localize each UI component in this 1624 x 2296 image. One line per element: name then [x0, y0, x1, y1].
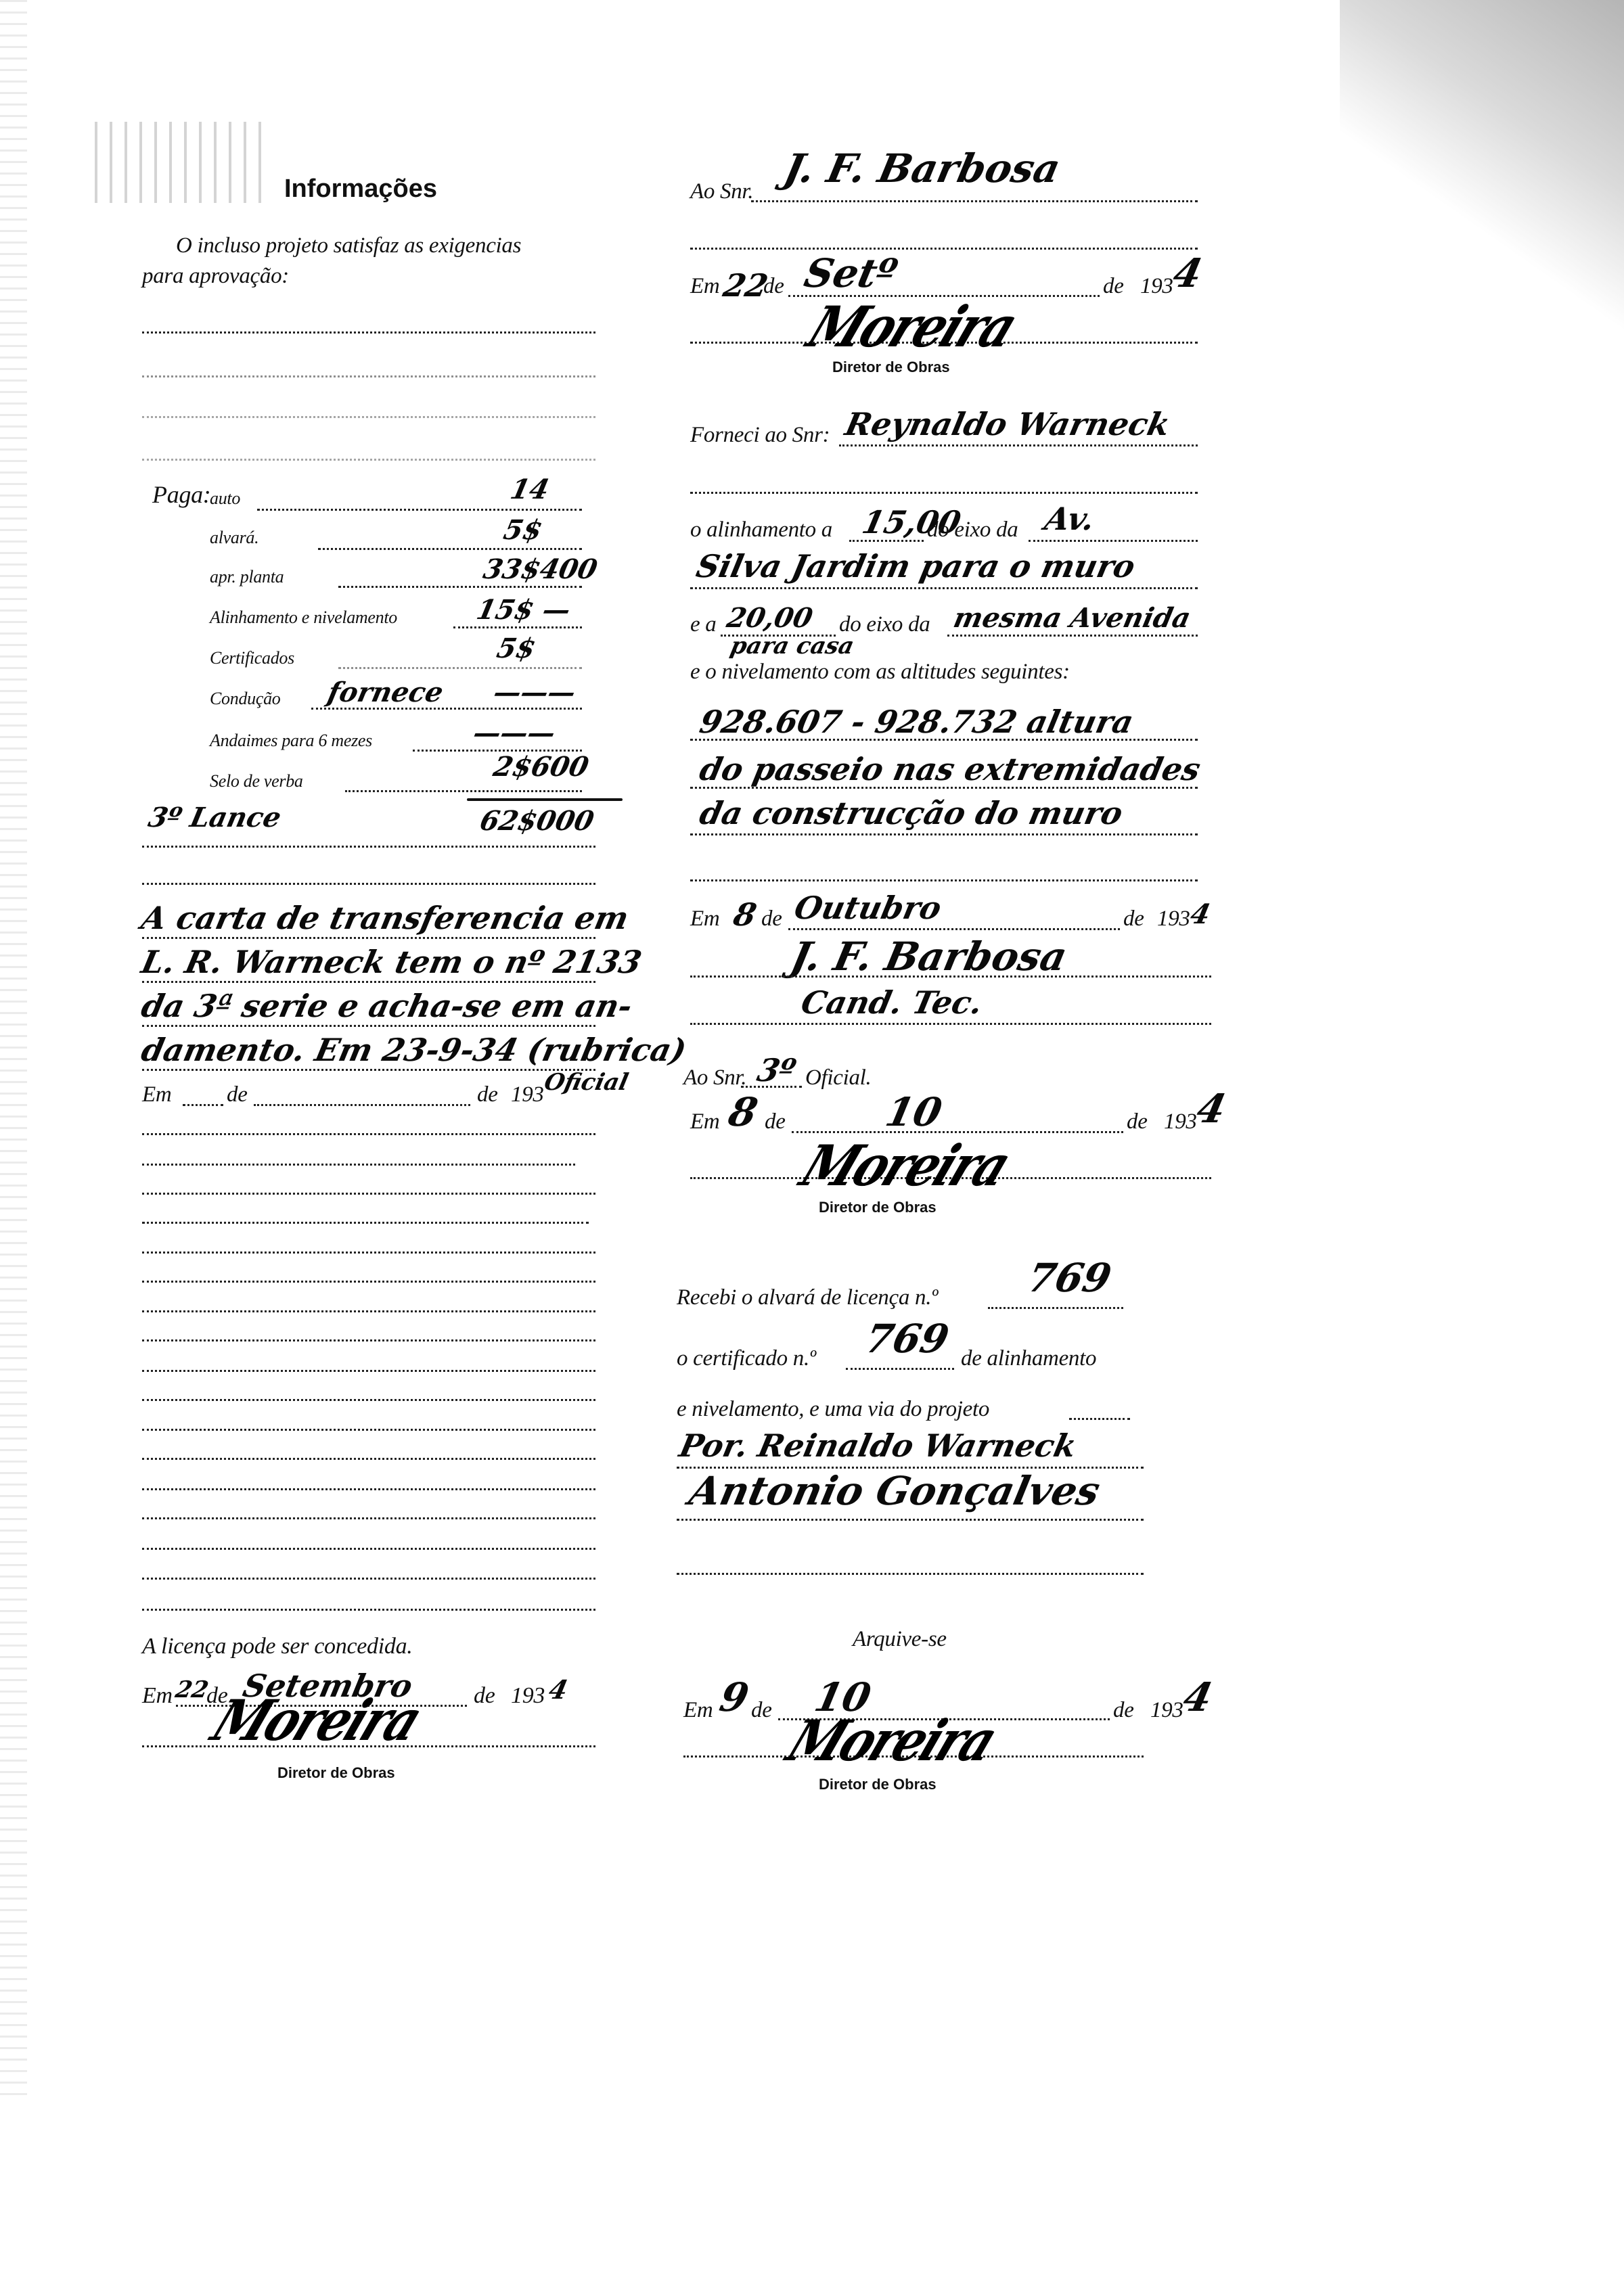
name-rule: [839, 444, 1198, 446]
street-rule: [1029, 540, 1198, 542]
blank-rule: [142, 1164, 575, 1166]
blank-rule: [142, 1252, 595, 1254]
year-digit: 4: [1188, 898, 1213, 930]
note-line-2: L. R. Warneck tem o nº 2133: [138, 944, 645, 980]
blank-rule: [142, 1339, 595, 1341]
fees-label: Paga:: [152, 480, 210, 509]
blank-rule: [142, 416, 595, 418]
fee-rule: [453, 626, 582, 628]
year-prefix: 193: [511, 1683, 545, 1709]
blank-rule: [142, 1458, 595, 1460]
blank-rule: [142, 1133, 595, 1135]
fee-rule: [338, 586, 582, 588]
fee-value: 14: [507, 474, 552, 505]
fee-label: apr. planta: [210, 567, 284, 587]
blank-rule: [142, 1193, 595, 1195]
receipt-via-text: e nivelamento, e uma via do projeto: [677, 1397, 989, 1422]
director-signature: Moreira: [798, 294, 1025, 360]
street-rule: [947, 635, 1198, 637]
fee-label: Certificados: [210, 648, 294, 668]
fee-label: Selo de verba: [210, 771, 303, 791]
em-label: Em: [683, 1698, 713, 1723]
altitude-rule: [690, 833, 1198, 835]
de-label: de: [227, 1082, 248, 1107]
fee-value: 33$400: [480, 553, 600, 585]
alvara-number: 769: [1024, 1255, 1116, 1301]
e-a-label: e a: [690, 612, 717, 637]
nivelamento-text: e o nivelamento com as altitudes seguint…: [690, 660, 1070, 685]
blank-rule: [690, 248, 1198, 250]
scanned-form-page: Informações O incluso projeto satisfaz a…: [0, 0, 1624, 2296]
ao-snr-label: Ao Snr.: [683, 1065, 746, 1090]
concession-text: A licença pode ser concedida.: [142, 1634, 412, 1659]
sum-underline: [467, 798, 623, 801]
receipt-alvara-label: Recebi o alvará de licença n.º: [677, 1285, 938, 1310]
em-label: Em: [142, 1683, 173, 1709]
street-note: para casa: [728, 633, 857, 660]
year-digit: 4: [1179, 1674, 1217, 1720]
blank-rule: [142, 1281, 595, 1283]
value-rule: [849, 540, 924, 542]
em-label: Em: [690, 1109, 719, 1134]
month-value: 10: [882, 1089, 946, 1135]
note-rule: [142, 883, 595, 885]
month-value: Setº: [800, 250, 901, 296]
signer-title: Diretor de Obras: [832, 359, 950, 376]
year-prefix: 193: [511, 1082, 544, 1107]
addressee-value: J. F. Barbosa: [780, 145, 1064, 191]
recipient-name: Reynaldo Warneck: [842, 406, 1173, 442]
fee-value: 2$600: [491, 751, 591, 783]
receipt-certificado-suffix: de alinhamento: [961, 1346, 1096, 1371]
receipt-por-line: Por. Reinaldo Warneck: [676, 1427, 1079, 1464]
fee-label: alvará.: [210, 528, 258, 548]
signer-title: Diretor de Obras: [819, 1199, 937, 1216]
overlapping-handwriting: Oficial: [542, 1069, 631, 1096]
blank-rule: [142, 1310, 595, 1312]
director-signature: Moreira: [203, 1687, 430, 1753]
intro-line-2: para aprovação:: [142, 264, 289, 289]
blank-rule: [142, 1399, 595, 1401]
fee-value: 5$: [501, 514, 545, 546]
blank-rule: [142, 1488, 595, 1490]
de-label: de: [1103, 274, 1124, 299]
date-rule: [788, 928, 1120, 930]
de-label: de: [1123, 906, 1144, 932]
fee-rule: [338, 667, 582, 669]
de-label: de: [474, 1683, 495, 1709]
blank-rule: [142, 1370, 595, 1372]
ao-snr-label: Ao Snr.: [690, 179, 753, 204]
archive-label: Arquive-se: [853, 1627, 947, 1652]
day-value: 8: [730, 896, 759, 933]
fee-rule: [257, 509, 582, 511]
note-rule: [142, 1069, 595, 1071]
year-digit: 4: [1193, 1086, 1230, 1132]
scan-corner-shadow: [1340, 0, 1624, 352]
blank-rule: [142, 331, 595, 334]
intro-line-1: O incluso projeto satisfaz as exigencias: [176, 233, 521, 258]
blank-rule: [142, 1578, 595, 1580]
fee-value: 5$: [494, 633, 539, 664]
director-signature: Moreira: [778, 1707, 1005, 1774]
blank-rule: [690, 879, 1198, 881]
blank-rule: [142, 1517, 595, 1519]
signature-rule: [690, 975, 1211, 978]
altitude-rule: [690, 787, 1198, 789]
blank-rule: [690, 492, 1198, 494]
fee-label: Alinhamento e nivelamento: [210, 607, 397, 628]
altitudes-line-3: da construcção do muro: [696, 795, 1126, 831]
blank-rule: [142, 1429, 595, 1431]
day-value: 9: [716, 1674, 753, 1720]
de-label: de: [477, 1082, 498, 1107]
altitudes-line-2: do passeio nas extremidades: [696, 751, 1204, 787]
blank-rule: [1069, 1418, 1130, 1420]
receipt-certificado-label: o certificado n.º: [677, 1346, 816, 1371]
em-label: Em: [142, 1082, 171, 1107]
fee-label: auto: [210, 488, 240, 509]
number-rule: [988, 1307, 1123, 1309]
receiver-signature: Antonio Gonçalves: [685, 1468, 1104, 1514]
year-digit: 4: [546, 1674, 570, 1705]
date-rule: [183, 1104, 223, 1106]
blank-rule: [142, 459, 595, 461]
em-label: Em: [690, 906, 719, 932]
fee-rule: [318, 548, 582, 550]
street-rule: [690, 587, 1198, 589]
blank-rule: [690, 1023, 1211, 1025]
fee-rule: [142, 846, 595, 848]
blank-rule: [142, 1222, 589, 1224]
altitude-rule: [690, 739, 1198, 741]
altitudes-line-1: 928.607 - 928.732 altura: [696, 704, 1137, 740]
fee-value: ———: [470, 717, 558, 749]
technician-signature: J. F. Barbosa: [787, 934, 1071, 980]
de-label: de: [765, 1109, 786, 1134]
total-label: 3º Lance: [145, 802, 284, 833]
blank-rule: [142, 375, 595, 377]
do-eixo-label: do eixo da: [927, 518, 1018, 543]
de-label: de: [761, 906, 782, 932]
day-value: 22: [173, 1676, 211, 1703]
year-digit: 4: [1169, 250, 1206, 296]
note-rule: [142, 981, 595, 983]
year-prefix: 193: [1150, 1698, 1183, 1723]
de-label: de: [1113, 1698, 1134, 1723]
total-value: 62$000: [477, 805, 597, 837]
certificado-number: 769: [861, 1316, 953, 1362]
fee-label: Andaimes para 6 mezes: [210, 731, 372, 751]
year-prefix: 193: [1140, 274, 1173, 299]
scan-edge-noise: [0, 0, 27, 2097]
note-line-4: damento. Em 23-9-34 (rubrica): [138, 1032, 690, 1068]
number-rule: [846, 1368, 954, 1370]
e-a-value: 20,00: [724, 602, 815, 634]
note-rule: [142, 937, 595, 939]
section-heading: Informações: [284, 175, 437, 204]
em-label: Em: [690, 274, 719, 299]
note-line-1: A carta de transferencia em: [138, 900, 632, 936]
street-prefix: Av.: [1041, 501, 1098, 537]
de-label: de: [1127, 1109, 1148, 1134]
signer-title: Diretor de Obras: [819, 1776, 937, 1793]
year-prefix: 193: [1164, 1109, 1197, 1134]
fee-value: fornece: [325, 676, 446, 708]
fee-rule: [345, 790, 582, 792]
de-label: de: [751, 1698, 772, 1723]
addressee-value: 3º: [754, 1052, 798, 1088]
street-name-2: mesma Avenida: [951, 602, 1194, 634]
note-line-3: da 3ª serie e acha-se em an-: [138, 988, 635, 1024]
fee-label: Condução: [210, 689, 280, 709]
month-value: Outubro: [791, 890, 945, 926]
date-rule: [254, 1104, 470, 1106]
day-value: 8: [725, 1089, 762, 1135]
fee-trailing-dash: ———: [491, 676, 579, 708]
signer-title: Diretor de Obras: [277, 1764, 395, 1782]
note-rule: [142, 1025, 595, 1027]
addressee-rule: [751, 200, 1198, 202]
stamp-residue: [95, 122, 271, 203]
forneci-label: Forneci ao Snr:: [690, 423, 830, 448]
addressee-suffix: Oficial.: [805, 1065, 872, 1090]
blank-rule: [142, 1609, 595, 1611]
technician-role: Cand. Tec.: [798, 984, 986, 1021]
street-name: Silva Jardim para o muro: [693, 548, 1138, 584]
blank-rule: [142, 1548, 595, 1550]
year-prefix: 193: [1157, 906, 1190, 932]
de-label: de: [763, 274, 784, 299]
fee-value: 15$ —: [474, 594, 573, 626]
alinhamento-label: o alinhamento a: [690, 518, 832, 543]
signature-rule: [677, 1519, 1144, 1521]
blank-rule: [677, 1573, 1144, 1575]
director-signature: Moreira: [792, 1132, 1018, 1199]
